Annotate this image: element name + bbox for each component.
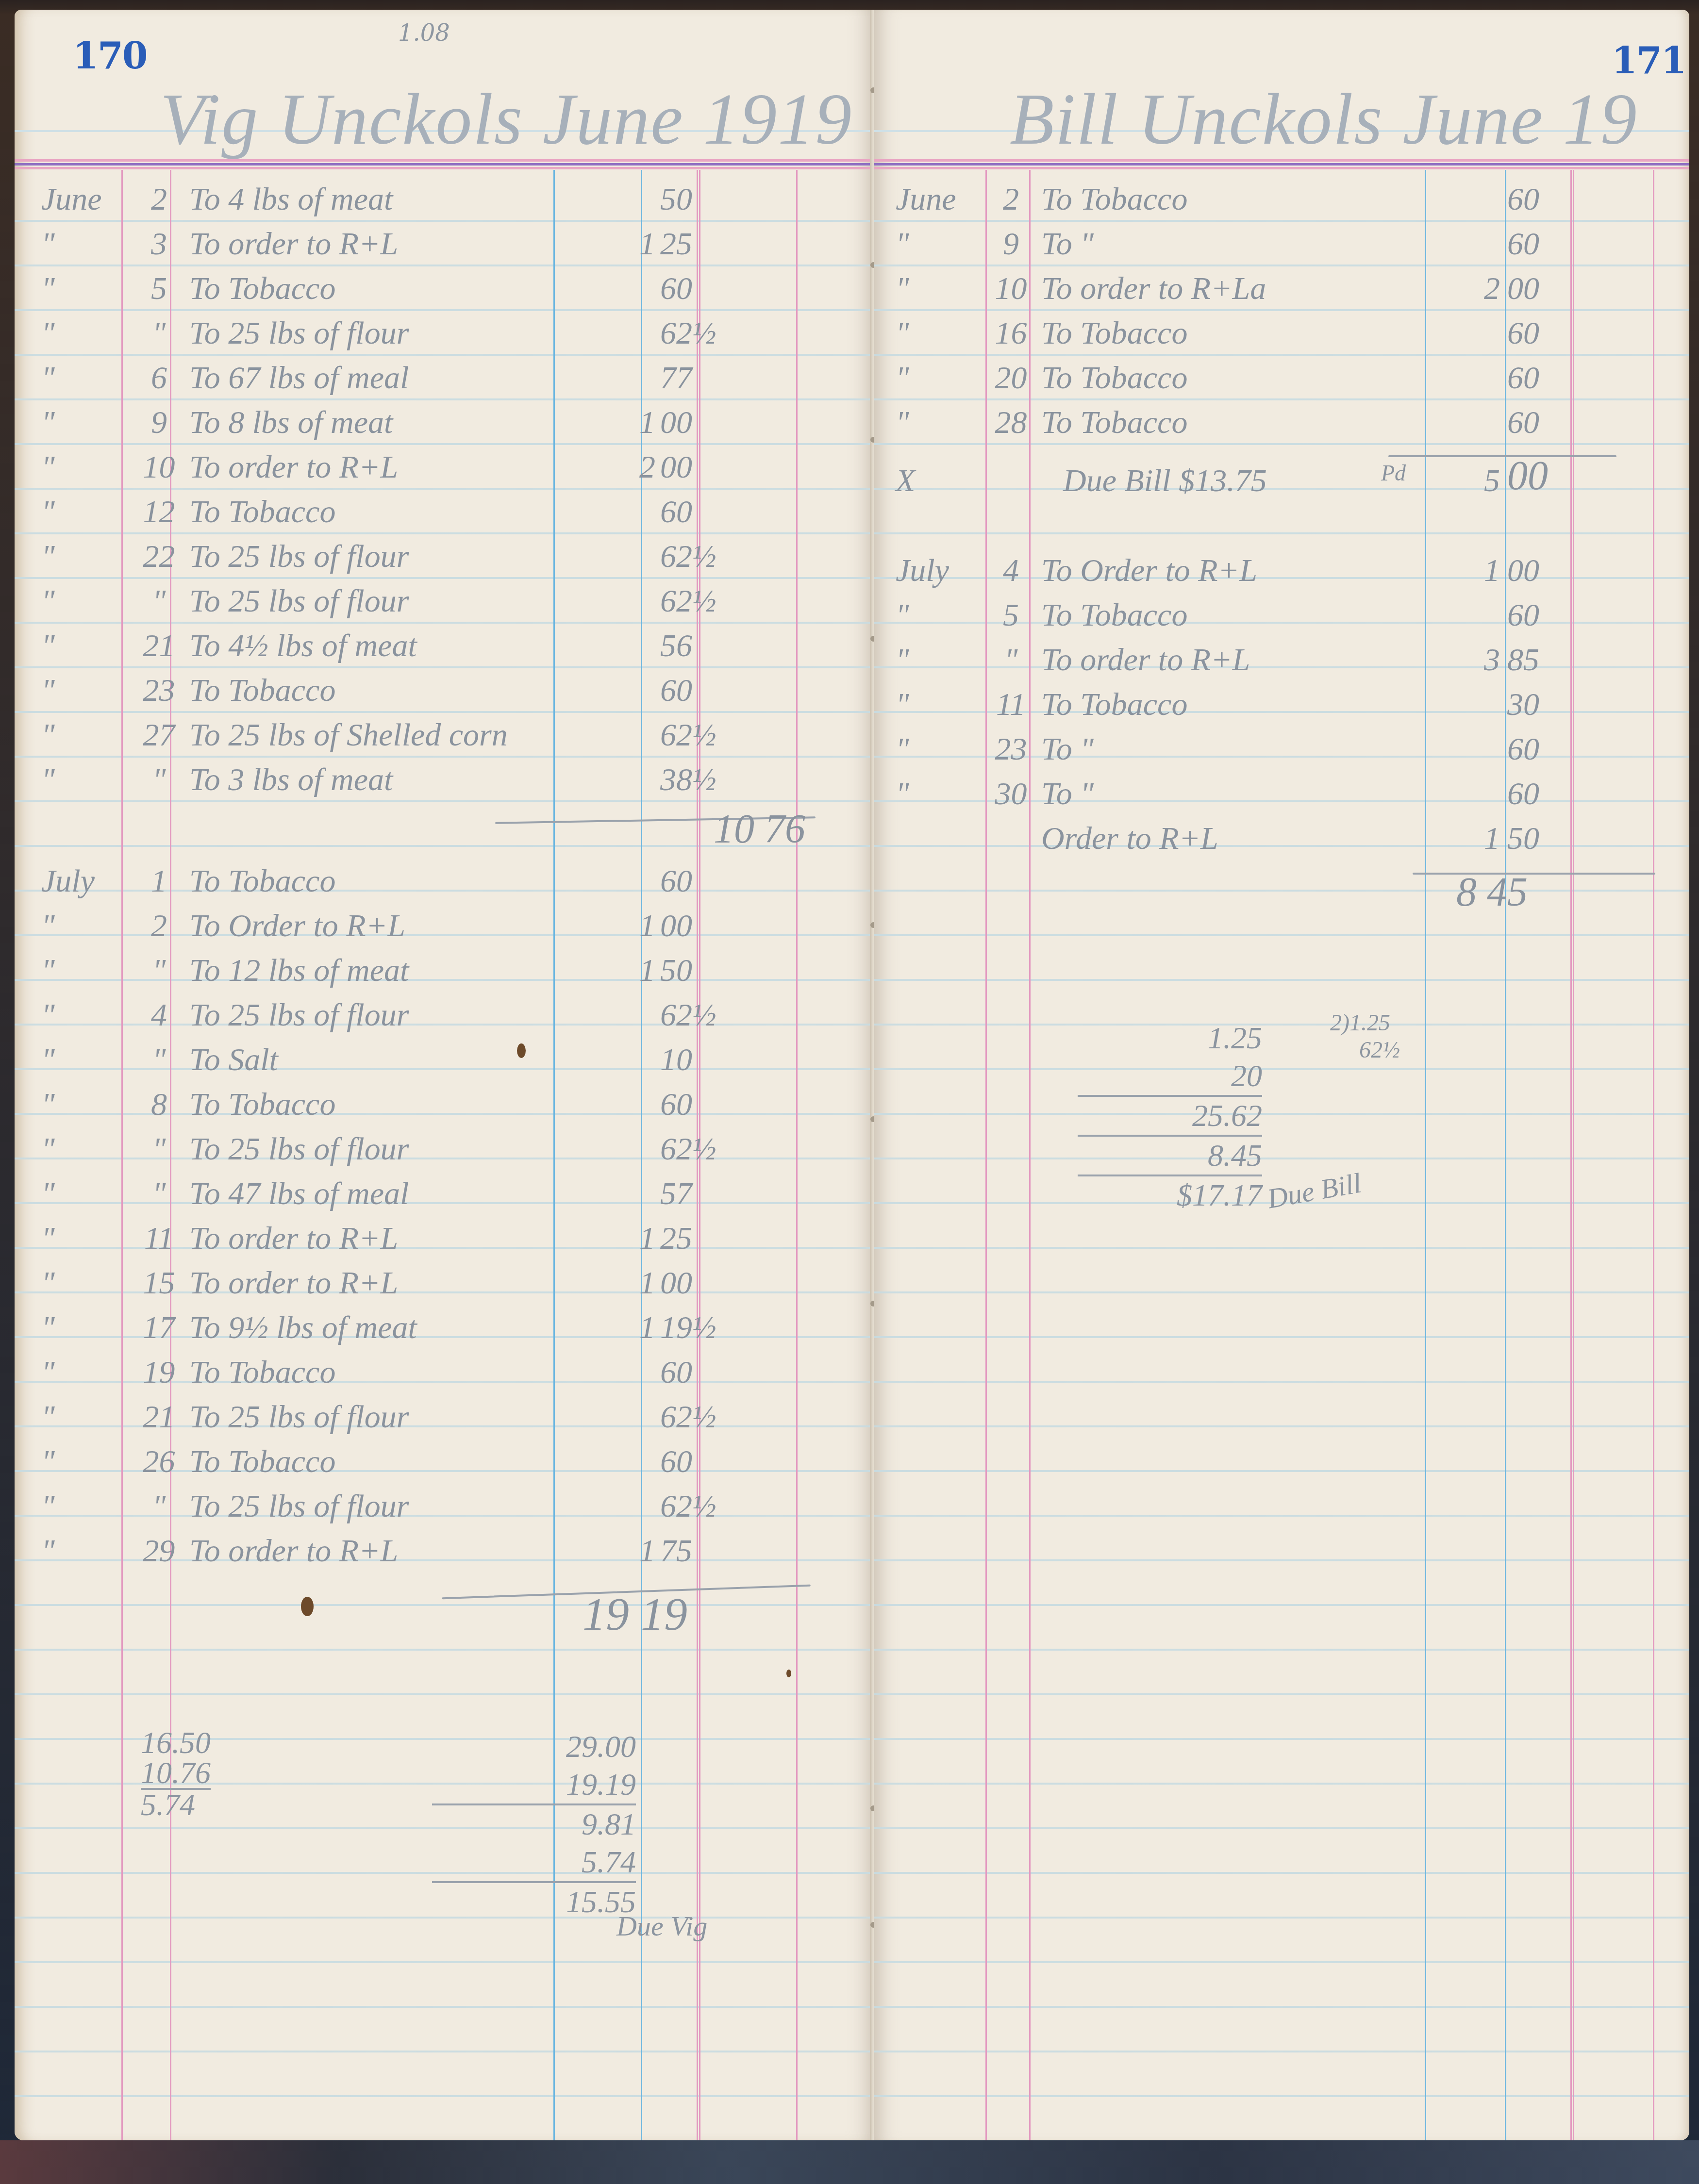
- date-day: 9: [990, 226, 1032, 263]
- date-day: ": [138, 1042, 180, 1078]
- item-description: To Order to R+L: [1041, 552, 1420, 589]
- date-month: ": [41, 672, 129, 709]
- item-description: To Tobacco: [189, 863, 568, 900]
- ledger-row: ""To 47 lbs of meal57: [15, 1172, 874, 1216]
- date-month: June: [41, 181, 129, 218]
- date-day: 4: [138, 997, 180, 1034]
- date-month: ": [41, 404, 129, 441]
- amount-dollars: 1: [573, 1220, 660, 1257]
- amount-dollars: 1: [573, 1309, 660, 1346]
- amount-cents: 60: [660, 1086, 709, 1123]
- ledger-row: ""To 25 lbs of flour62½: [15, 311, 874, 356]
- item-description: To Tobacco: [1041, 181, 1420, 218]
- amount-cents: 60: [1507, 597, 1570, 634]
- ledger-row: ""To 25 lbs of flour62½: [15, 1127, 874, 1172]
- stain: [517, 1043, 526, 1058]
- date-day: 11: [138, 1220, 180, 1257]
- amount-dollars: 1: [573, 908, 660, 944]
- date-month: ": [41, 360, 129, 397]
- ledger-row: ""To 25 lbs of flour62½: [15, 579, 874, 624]
- item-description: To Tobacco: [1041, 597, 1420, 634]
- item-description: To 25 lbs of flour: [189, 315, 568, 352]
- item-description: To order to R+L: [189, 1220, 568, 1257]
- scratch-calc-2: 29.00 19.19 9.81 5.74 15.55: [432, 1728, 636, 1921]
- amount-cents: 56: [660, 628, 709, 664]
- item-description: To Order to R+L: [189, 908, 568, 944]
- date-month: ": [41, 1175, 129, 1212]
- item-description: To Salt: [189, 1042, 568, 1078]
- date-month: ": [896, 776, 983, 812]
- amount-cents: 00: [660, 1265, 709, 1302]
- amount-dollars: 2: [573, 449, 660, 486]
- date-month: ": [41, 908, 129, 944]
- item-description: To ": [1041, 731, 1420, 768]
- amount-dollars: 1: [573, 1533, 660, 1570]
- item-description: To 25 lbs of flour: [189, 583, 568, 620]
- date-day: 1: [138, 863, 180, 900]
- date-day: 23: [138, 672, 180, 709]
- ledger-row: "15To order to R+L100: [15, 1261, 874, 1306]
- date-month: ": [896, 270, 983, 307]
- item-description: To 8 lbs of meat: [189, 404, 568, 441]
- date-month: ": [896, 226, 983, 263]
- date-day: 5: [138, 270, 180, 307]
- stain: [786, 1670, 791, 1677]
- amount-cents: 62½: [660, 997, 709, 1034]
- item-description: Order to R+L: [1041, 820, 1420, 857]
- item-description: To 67 lbs of meal: [189, 360, 568, 397]
- date-month: ": [41, 717, 129, 754]
- date-month: ": [41, 1443, 129, 1480]
- amount-cents: 00: [1507, 552, 1570, 589]
- amount-cents: 60: [1507, 315, 1570, 352]
- date-day: 20: [990, 360, 1032, 397]
- ledger-row: "4To 25 lbs of flour62½: [15, 993, 874, 1038]
- ledger-row: "28To Tobacco60: [874, 400, 1689, 445]
- date-day: 16: [990, 315, 1032, 352]
- page-number: 171: [1612, 39, 1686, 82]
- ledger-row: "22To 25 lbs of flour62½: [15, 534, 874, 579]
- amount-cents: 60: [660, 863, 709, 900]
- item-description: To order to R+L: [189, 449, 568, 486]
- amount-cents: 57: [660, 1175, 709, 1212]
- amount-cents: 30: [1507, 686, 1570, 723]
- amount-cents: 60: [1507, 181, 1570, 218]
- amount-dollars: 1: [1374, 552, 1505, 589]
- amount-cents: 60: [1507, 226, 1570, 263]
- date-day: 3: [138, 226, 180, 263]
- dollars: 5: [1374, 463, 1505, 499]
- amount-cents: 60: [660, 494, 709, 530]
- date-day: 17: [138, 1309, 180, 1346]
- ledger-row: "21To 4½ lbs of meat56: [15, 624, 874, 668]
- ledger-row: "11To order to R+L125: [15, 1216, 874, 1261]
- ledger-row: "10To order to R+L200: [15, 445, 874, 490]
- date-month: ": [41, 538, 129, 575]
- item-description: To Tobacco: [1041, 686, 1420, 723]
- amount-cents: 62½: [660, 538, 709, 575]
- amount-cents: 25: [660, 226, 709, 263]
- amount-cents: 10: [660, 1042, 709, 1078]
- date-month: June: [896, 181, 983, 218]
- date-month: ": [41, 315, 129, 352]
- amount-cents: 60: [660, 672, 709, 709]
- amount-dollars: 1: [573, 952, 660, 989]
- date-month: ": [41, 1131, 129, 1168]
- item-description: To Tobacco: [1041, 360, 1420, 397]
- item-description: To Tobacco: [189, 270, 568, 307]
- left-ledger-page: 170 1.08 Vig Unckols June 1919 June2To 4…: [15, 10, 874, 2140]
- mark: X: [896, 463, 983, 499]
- account-title: Vig Unckols June 1919: [160, 78, 852, 161]
- amount-cents: 50: [1507, 820, 1570, 857]
- amount-cents: 62½: [660, 1488, 709, 1525]
- amount-cents: 00: [1507, 270, 1570, 307]
- date-month: ": [41, 1488, 129, 1525]
- ledger-row: "27To 25 lbs of Shelled corn62½: [15, 713, 874, 758]
- amount-cents: 50: [660, 952, 709, 989]
- amount-cents: 85: [1507, 642, 1570, 678]
- amount-cents: 60: [660, 1443, 709, 1480]
- item-description: To order to R+La: [1041, 270, 1420, 307]
- ledger-row: "6To 67 lbs of meal77: [15, 356, 874, 400]
- date-day: 6: [138, 360, 180, 397]
- ledger-row: "29To order to R+L175: [15, 1529, 874, 1573]
- amount-cents: 19½: [660, 1309, 709, 1346]
- amount-cents: 60: [1507, 360, 1570, 397]
- amount-cents: 75: [660, 1533, 709, 1570]
- date-day: 2: [138, 181, 180, 218]
- ledger-row: "26To Tobacco60: [15, 1439, 874, 1484]
- amount-cents: 60: [1507, 776, 1570, 812]
- date-day: ": [138, 1175, 180, 1212]
- date-day: 26: [138, 1443, 180, 1480]
- ledger-row: "12To Tobacco60: [15, 490, 874, 534]
- ledger-row: ""To 12 lbs of meat150: [15, 948, 874, 993]
- date-day: 21: [138, 1399, 180, 1436]
- amount-cents: 00: [660, 404, 709, 441]
- ledger-row: "5To Tobacco60: [15, 266, 874, 311]
- date-month: ": [896, 686, 983, 723]
- amount-cents: 60: [660, 1354, 709, 1391]
- date-day: 30: [990, 776, 1032, 812]
- ledger-row: "23To "60: [874, 727, 1689, 772]
- date-day: 23: [990, 731, 1032, 768]
- amount-cents: 60: [660, 270, 709, 307]
- date-month: ": [896, 597, 983, 634]
- ledger-row: "5To Tobacco60: [874, 593, 1689, 638]
- item-description: To Tobacco: [189, 672, 568, 709]
- date-day: 10: [138, 449, 180, 486]
- item-description: To 25 lbs of flour: [189, 1399, 568, 1436]
- date-day: 5: [990, 597, 1032, 634]
- amount-cents: 50: [660, 181, 709, 218]
- ledger-row: "8To Tobacco60: [15, 1082, 874, 1127]
- item-description: To order to R+L: [189, 1265, 568, 1302]
- right-ledger-page: 171 Bill Unckols June 19 June2To Tobacco…: [874, 10, 1689, 2140]
- item-description: To 4 lbs of meat: [189, 181, 568, 218]
- top-note: 1.08: [398, 19, 450, 47]
- amount-cents: 00: [660, 449, 709, 486]
- amount-dollars: 2: [1374, 270, 1505, 307]
- amount-cents: 62½: [660, 717, 709, 754]
- amount-cents: 62½: [660, 1399, 709, 1436]
- date-day: ": [138, 583, 180, 620]
- date-month: ": [41, 1309, 129, 1346]
- date-month: ": [41, 583, 129, 620]
- date-day: 9: [138, 404, 180, 441]
- date-day: 2: [138, 908, 180, 944]
- ledger-row: ""To 25 lbs of flour62½: [15, 1484, 874, 1529]
- item-description: To 4½ lbs of meat: [189, 628, 568, 664]
- ledger-row: "17To 9½ lbs of meat119½: [15, 1306, 874, 1350]
- date-month: ": [41, 226, 129, 263]
- ledger-row: June2To Tobacco60: [874, 177, 1689, 222]
- amount-dollars: 1: [573, 404, 660, 441]
- ledger-row: July4To Order to R+L100: [874, 548, 1689, 593]
- item-description: To order to R+L: [189, 1533, 568, 1570]
- ledger-row: "9To "60: [874, 222, 1689, 266]
- june-total: 10 76: [714, 806, 874, 853]
- date-month: ": [41, 1042, 129, 1078]
- date-day: 29: [138, 1533, 180, 1570]
- item-description: To 47 lbs of meal: [189, 1175, 568, 1212]
- date-month: ": [896, 360, 983, 397]
- date-month: ": [41, 449, 129, 486]
- ledger-row: Order to R+L150: [874, 816, 1689, 861]
- date-day: 12: [138, 494, 180, 530]
- amount-dollars: 1: [573, 1265, 660, 1302]
- date-month: ": [41, 1354, 129, 1391]
- ledger-row: "10To order to R+La200: [874, 266, 1689, 311]
- date-day: 2: [990, 181, 1032, 218]
- date-day: 8: [138, 1086, 180, 1123]
- item-description: To ": [1041, 226, 1420, 263]
- desk-background: [0, 2140, 1699, 2184]
- date-month: ": [896, 404, 983, 441]
- item-description: To Tobacco: [1041, 315, 1420, 352]
- date-month: ": [896, 731, 983, 768]
- date-day: 19: [138, 1354, 180, 1391]
- date-month: ": [896, 642, 983, 678]
- item-description: To 12 lbs of meat: [189, 952, 568, 989]
- date-day: ": [138, 761, 180, 798]
- date-month: ": [896, 315, 983, 352]
- date-day: ": [138, 1131, 180, 1168]
- item-description: To 25 lbs of flour: [189, 1488, 568, 1525]
- july-total: 19 19: [583, 1587, 743, 1641]
- date-month: July: [41, 863, 129, 900]
- item-description: To 25 lbs of flour: [189, 538, 568, 575]
- ledger-row: "11To Tobacco30: [874, 682, 1689, 727]
- item-description: To order to R+L: [1041, 642, 1420, 678]
- date-day: 22: [138, 538, 180, 575]
- item-description: To Tobacco: [189, 1443, 568, 1480]
- date-day: 10: [990, 270, 1032, 307]
- date-day: ": [138, 315, 180, 352]
- date-month: ": [41, 270, 129, 307]
- date-month: July: [896, 552, 983, 589]
- date-day: ": [138, 952, 180, 989]
- amount-cents: 00: [660, 908, 709, 944]
- ledger-row: "23To Tobacco60: [15, 668, 874, 713]
- account-title: Bill Unckols June 19: [1010, 78, 1638, 161]
- ledger-row: "30To "60: [874, 772, 1689, 816]
- date-month: ": [41, 952, 129, 989]
- date-month: ": [41, 628, 129, 664]
- date-month: ": [41, 1086, 129, 1123]
- date-day: 4: [990, 552, 1032, 589]
- amount-dollars: 1: [573, 226, 660, 263]
- date-month: ": [41, 1265, 129, 1302]
- ledger-row: ""To order to R+L385: [874, 638, 1689, 682]
- ledger-row: ""To Salt10: [15, 1038, 874, 1082]
- total-underline: [1388, 455, 1616, 457]
- item-description: To 25 lbs of flour: [189, 997, 568, 1034]
- date-day: 27: [138, 717, 180, 754]
- amount-cents: 62½: [660, 583, 709, 620]
- date-month: ": [41, 1399, 129, 1436]
- date-day: 11: [990, 686, 1032, 723]
- item-description: To 25 lbs of Shelled corn: [189, 717, 568, 754]
- item-description: To Tobacco: [189, 1354, 568, 1391]
- ledger-row: "21To 25 lbs of flour62½: [15, 1395, 874, 1439]
- date-month: ": [41, 997, 129, 1034]
- ledger-row: ""To 3 lbs of meat38½: [15, 758, 874, 802]
- amount-cents: 25: [660, 1220, 709, 1257]
- date-month: ": [41, 1220, 129, 1257]
- due-bill-row: X Due Bill $13.75 Pd 5 00: [874, 459, 1689, 503]
- item-description: To Tobacco: [189, 494, 568, 530]
- july-total: 8 45: [1456, 869, 1528, 916]
- date-month: ": [41, 761, 129, 798]
- date-month: ": [41, 1533, 129, 1570]
- item-description: To 9½ lbs of meat: [189, 1309, 568, 1346]
- amount-dollars: 3: [1374, 642, 1505, 678]
- date-day: ": [138, 1488, 180, 1525]
- amount-cents: 38½: [660, 761, 709, 798]
- scratch-division: 2)1.25 62½: [1330, 1009, 1400, 1064]
- ledger-row: "9To 8 lbs of meat100: [15, 400, 874, 445]
- ledger-row: June2To 4 lbs of meat50: [15, 177, 874, 222]
- cents: 00: [1507, 452, 1570, 499]
- date-day: ": [990, 642, 1032, 678]
- date-day: 15: [138, 1265, 180, 1302]
- date-day: 21: [138, 628, 180, 664]
- amount-cents: 62½: [660, 315, 709, 352]
- amount-cents: 62½: [660, 1131, 709, 1168]
- stain: [301, 1597, 314, 1616]
- amount-cents: 77: [660, 360, 709, 397]
- scratch-calc: 1.25 20 25.62 8.45 $17.17: [1078, 1019, 1262, 1214]
- amount-dollars: 1: [1374, 820, 1505, 857]
- page-number: 170: [73, 34, 147, 77]
- ledger-row: July1To Tobacco60: [15, 859, 874, 904]
- item-description: To order to R+L: [189, 226, 568, 263]
- total-underline: [1413, 873, 1655, 875]
- ledger-row: "2To Order to R+L100: [15, 904, 874, 948]
- item-description: To Tobacco: [189, 1086, 568, 1123]
- date-day: 28: [990, 404, 1032, 441]
- ledger-row: "16To Tobacco60: [874, 311, 1689, 356]
- item-description: To 25 lbs of flour: [189, 1131, 568, 1168]
- ledger-row: "19To Tobacco60: [15, 1350, 874, 1395]
- scratch-note: Due Vig: [616, 1910, 707, 1942]
- amount-cents: 60: [1507, 404, 1570, 441]
- item-description: To ": [1041, 776, 1420, 812]
- date-month: ": [41, 494, 129, 530]
- item-description: To 3 lbs of meat: [189, 761, 568, 798]
- ledger-row: "20To Tobacco60: [874, 356, 1689, 400]
- amount-cents: 60: [1507, 731, 1570, 768]
- item-description: To Tobacco: [1041, 404, 1420, 441]
- ledger-row: "3To order to R+L125: [15, 222, 874, 266]
- scratch-calc-1: 16.50 10.76 5.74: [141, 1728, 211, 1820]
